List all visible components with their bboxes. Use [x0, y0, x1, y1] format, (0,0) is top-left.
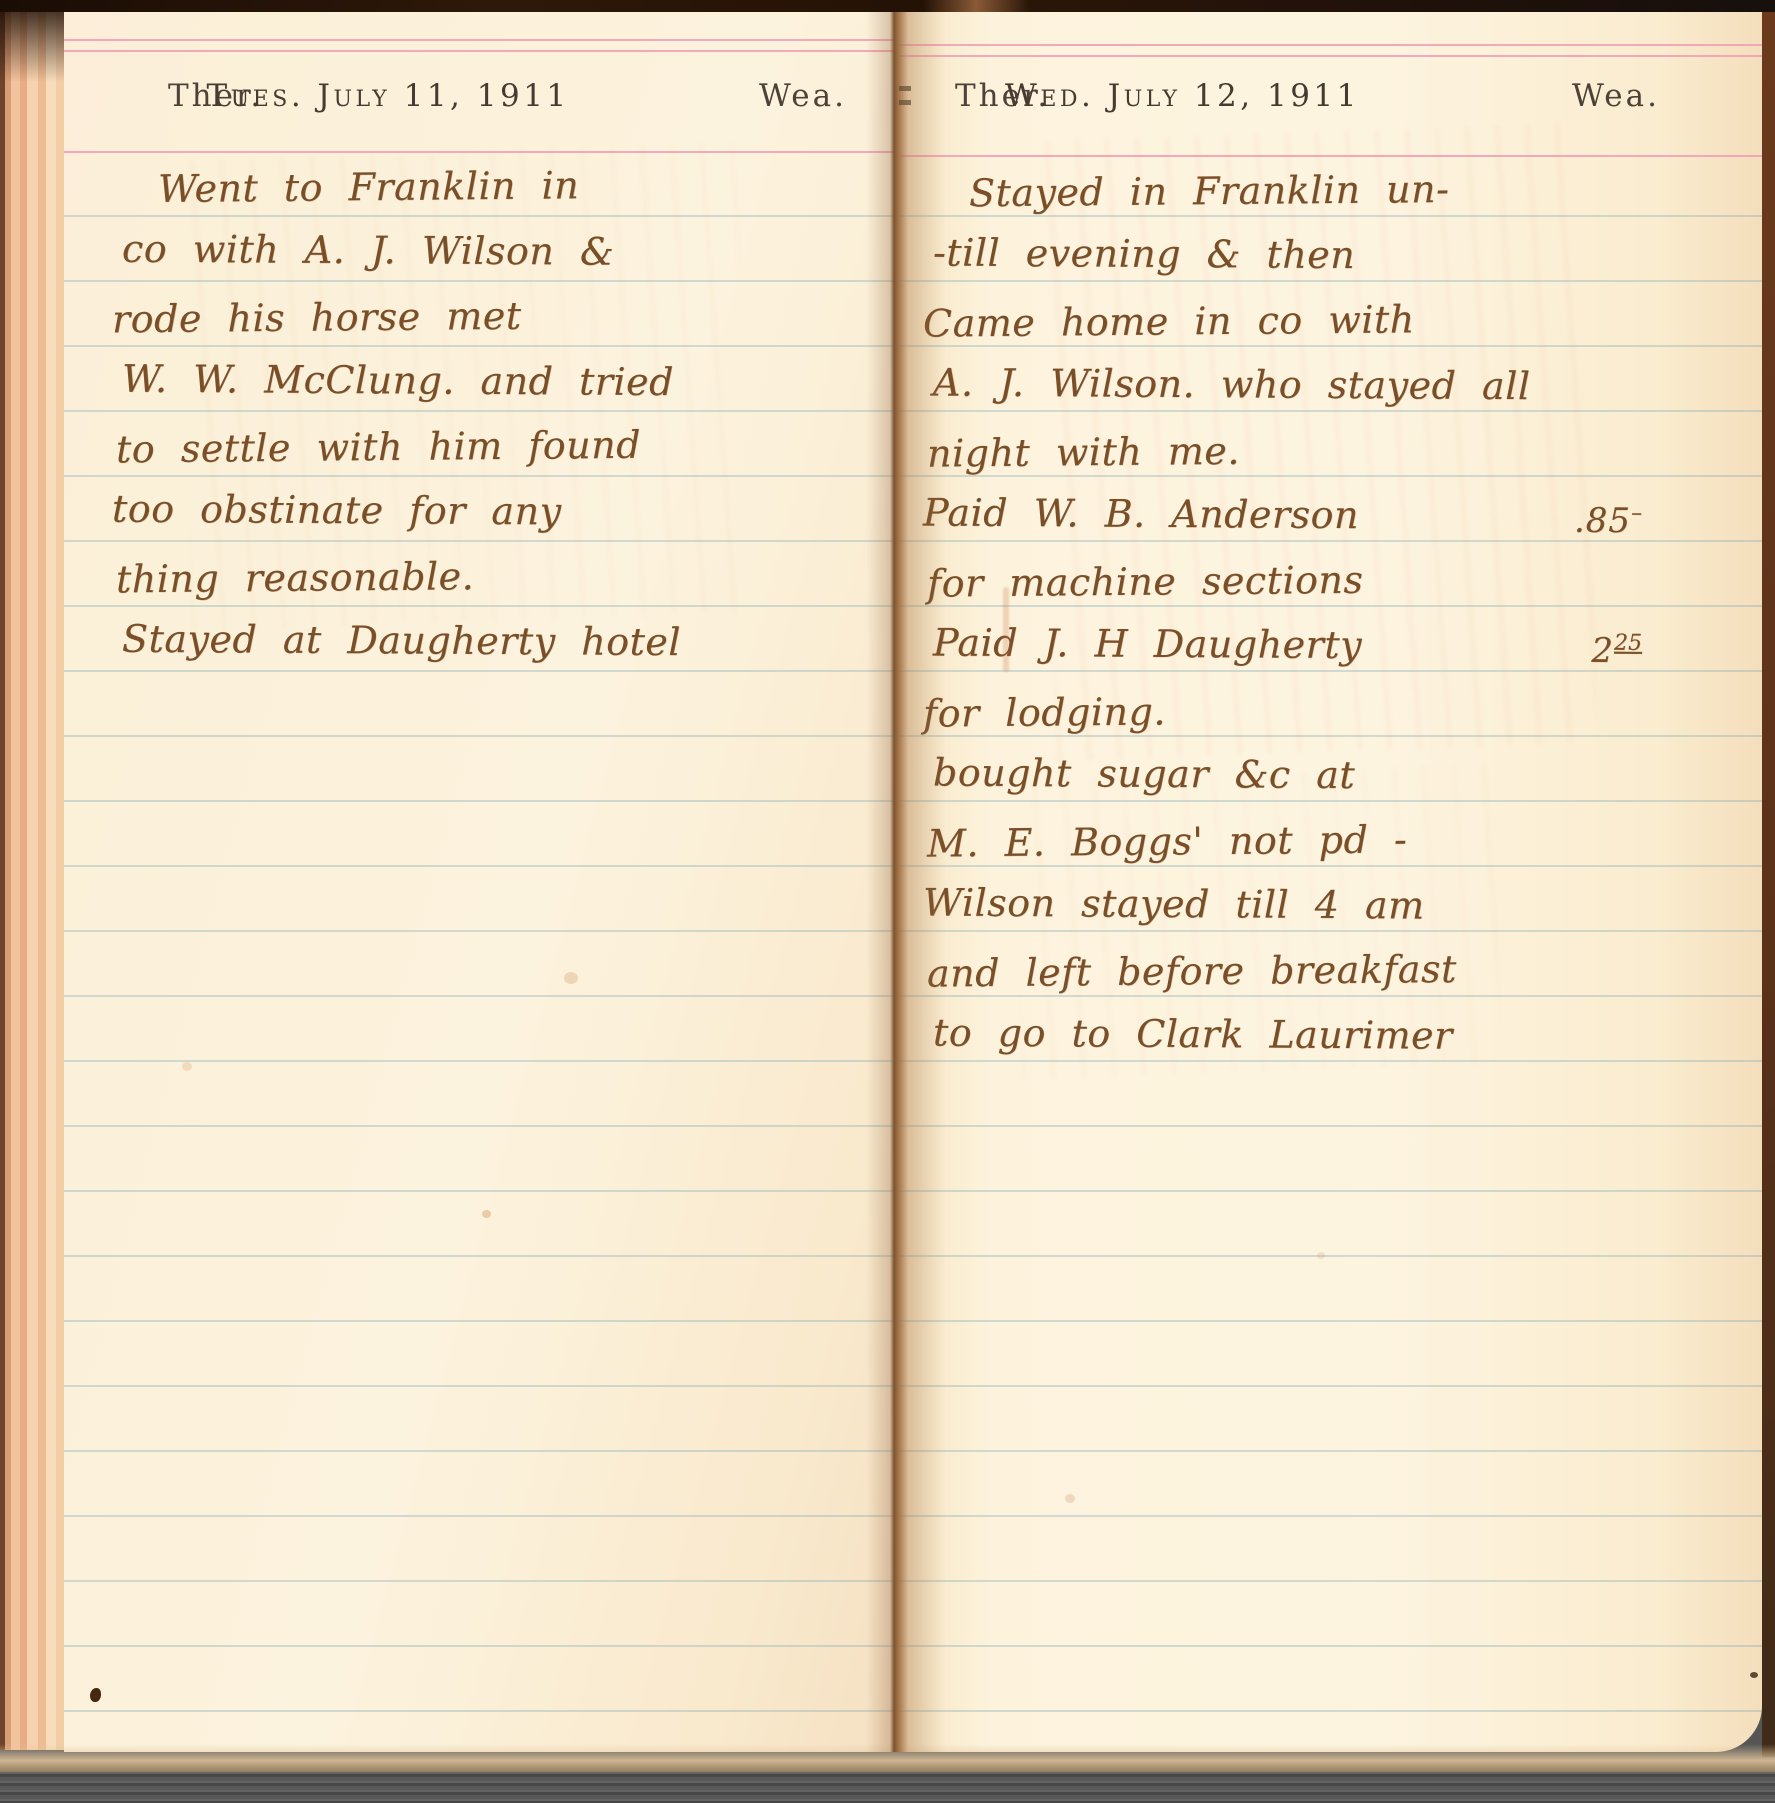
- page-date: Tues. July 11, 1911: [207, 78, 570, 114]
- entry-line: Paid W. B. Anderson.85–: [923, 480, 1750, 550]
- entry-line-text: Paid W. B. Anderson: [923, 490, 1359, 537]
- amount: .85–: [1574, 480, 1643, 554]
- entry-line-text: Wilson stayed till 4 am: [923, 880, 1425, 927]
- pink-rule: [897, 44, 1762, 46]
- entry-line: and left before breakfast: [927, 934, 1751, 1006]
- book-cover-edge-right: [1762, 12, 1775, 1757]
- entry-line: M. E. Boggs' not pd -: [927, 804, 1751, 876]
- entry-line-text: for lodging.: [923, 689, 1166, 735]
- entry-line-text: Came home in co with: [923, 297, 1415, 345]
- diary-scan: Ther. Tues. July 11, 1911 Wea. Went to F…: [0, 0, 1775, 1803]
- page-header-right: Ther. Wed. July 12, 1911 Wea.: [897, 78, 1762, 122]
- rust-streak: [1003, 587, 1009, 672]
- amount: 225: [1591, 611, 1642, 685]
- entry-line: W. W. McClung. and tried: [122, 347, 879, 417]
- entry-line: rode his horse met: [112, 281, 880, 353]
- pink-rule: [897, 55, 1762, 57]
- diary-page-right: Ther. Wed. July 12, 1911 Wea. Stayed in …: [897, 12, 1762, 1752]
- entry-line: thing reasonable.: [116, 541, 880, 613]
- entry-line-text: and left before breakfast: [927, 947, 1457, 996]
- entry-line: night with me.: [927, 414, 1751, 486]
- handwritten-entry-right: Stayed in Franklin un--till evening & th…: [927, 158, 1750, 1068]
- entry-line: for lodging.: [923, 674, 1751, 746]
- page-date: Wed. July 12, 1911: [1005, 78, 1360, 114]
- entry-line: Stayed at Daugherty hotel: [122, 607, 879, 677]
- entry-line: -till evening & then: [933, 221, 1750, 291]
- foxing-spot: [564, 972, 578, 984]
- entry-line-text: night with me.: [927, 429, 1240, 476]
- pink-rule: [64, 50, 895, 52]
- entry-line: to settle with him found: [116, 411, 880, 483]
- entry-line-text: for machine sections: [927, 558, 1364, 606]
- entry-line-text: M. E. Boggs' not pd -: [927, 817, 1408, 865]
- entry-line: Went to Franklin in: [116, 151, 880, 223]
- wea-label: Wea.: [759, 78, 847, 114]
- entry-line-text: A. J. Wilson. who stayed all: [933, 361, 1531, 409]
- foxing-spot: [1065, 1494, 1075, 1503]
- entry-line: A. J. Wilson. who stayed all: [933, 351, 1750, 421]
- entry-line: co with A. J. Wilson &: [122, 217, 879, 287]
- foxing-spot: [182, 1062, 192, 1071]
- entry-line: Wilson stayed till 4 am: [923, 870, 1750, 940]
- entry-line: Paid J. H Daugherty225: [933, 611, 1750, 681]
- entry-line-text: -till evening & then: [933, 231, 1355, 278]
- gutter-page-edge-mark: [899, 86, 911, 112]
- foxing-spot: [482, 1210, 491, 1218]
- handwritten-entry-left: Went to Franklin inco with A. J. Wilson …: [116, 154, 879, 674]
- page-bottom-shadow: [0, 1744, 1775, 1774]
- page-stack-edges: [0, 12, 64, 1750]
- entry-line: for machine sections: [927, 544, 1751, 616]
- entry-line-text: to go to Clark Laurimer: [933, 1011, 1453, 1058]
- entry-line-text: Stayed in Franklin un-: [969, 167, 1450, 215]
- wea-label: Wea.: [1572, 78, 1660, 114]
- entry-line: Came home in co with: [923, 284, 1751, 356]
- entry-line-text: bought sugar &c at: [933, 751, 1355, 798]
- scanner-background: [0, 1772, 1775, 1803]
- entry-line: Stayed in Franklin un-: [927, 154, 1751, 226]
- pink-rule: [64, 39, 895, 41]
- entry-line: to go to Clark Laurimer: [933, 1001, 1750, 1071]
- page-header-left: Ther. Tues. July 11, 1911 Wea.: [64, 78, 895, 122]
- entry-line-text: Paid J. H Daugherty: [933, 621, 1362, 668]
- entry-line: too obstinate for any: [112, 477, 879, 547]
- diary-page-left: Ther. Tues. July 11, 1911 Wea. Went to F…: [64, 12, 895, 1752]
- entry-line: bought sugar &c at: [933, 741, 1750, 811]
- foxing-spot: [1317, 1252, 1325, 1259]
- dust-speck: [1750, 1672, 1758, 1678]
